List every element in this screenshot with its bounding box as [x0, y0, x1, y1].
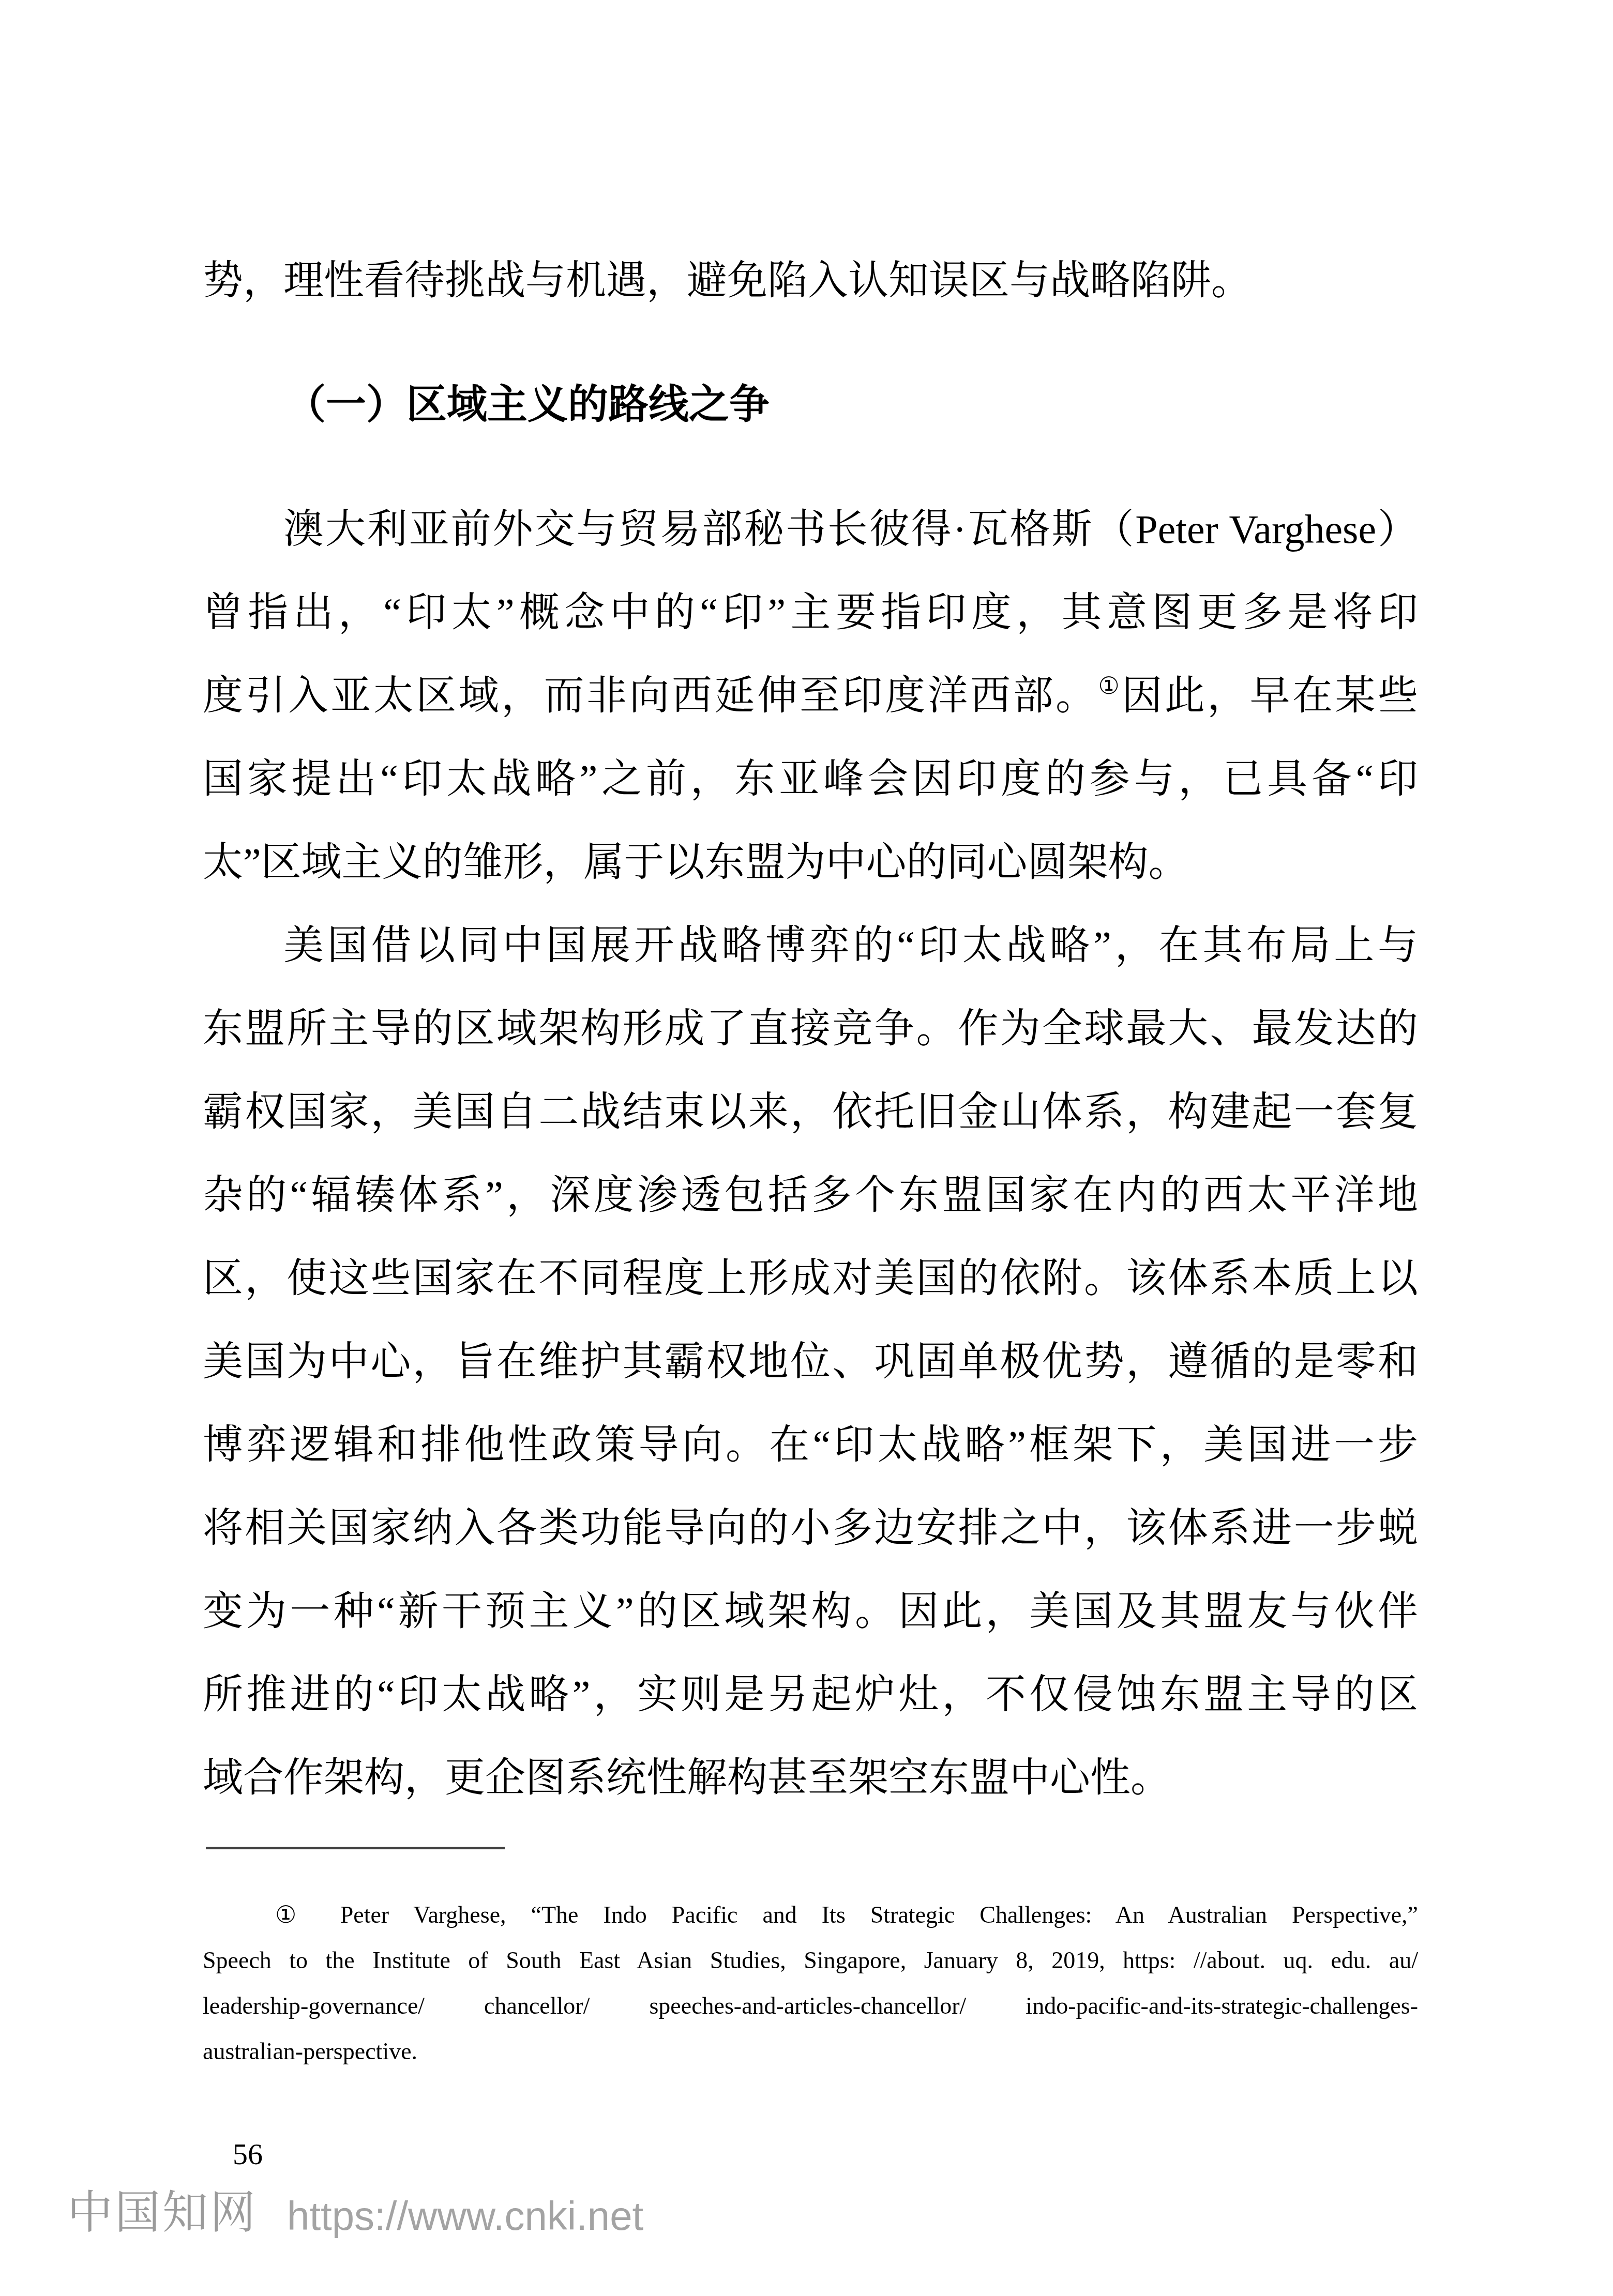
body-line: 域合作架构，更企图系统性解构甚至架空东盟中心性。 — [203, 1736, 1418, 1819]
footnote-line: ① Peter Varghese, “The Indo Pacific and … — [203, 1892, 1418, 1938]
footnote-separator — [206, 1847, 505, 1849]
footnote-ref-marker: ① — [1098, 673, 1122, 699]
page-number: 56 — [233, 2136, 263, 2172]
body-line: 将相关国家纳入各类功能导向的小多边安排之中，该体系进一步蜕 — [203, 1486, 1418, 1570]
body-line: 所推进的“印太战略”，实则是另起炉灶，不仅侵蚀东盟主导的区 — [203, 1653, 1418, 1736]
footnote-line: australian-perspective. — [203, 2029, 1418, 2074]
body-line: 霸权国家，美国自二战结束以来，依托旧金山体系，构建起一套复 — [203, 1070, 1418, 1153]
body-line: 太”区域主义的雏形，属于以东盟为中心的同心圆架构。 — [203, 820, 1418, 904]
body-line: 曾指出，“印太”概念中的“印”主要指印度，其意图更多是将印 — [203, 571, 1418, 654]
body-text: 势，理性看待挑战与机遇，避免陷入认知误区与战略陷阱。（一）区域主义的路线之争澳大… — [203, 239, 1418, 1819]
body-line: 度引入亚太区域，而非向西延伸至印度洋西部。①因此，早在某些 — [203, 654, 1418, 737]
section-heading: （一）区域主义的路线之争 — [203, 363, 1418, 446]
footnote-line: Speech to the Institute of South East As… — [203, 1938, 1418, 1983]
body-line: 变为一种“新干预主义”的区域架构。因此，美国及其盟友与伙伴 — [203, 1570, 1418, 1653]
body-line: 区，使这些国家在不同程度上形成对美国的依附。该体系本质上以 — [203, 1237, 1418, 1320]
body-line: 澳大利亚前外交与贸易部秘书长彼得·瓦格斯（Peter Varghese） — [203, 488, 1418, 571]
body-line: 博弈逻辑和排他性政策导向。在“印太战略”框架下，美国进一步 — [203, 1403, 1418, 1486]
body-line: 东盟所主导的区域架构形成了直接竞争。作为全球最大、最发达的 — [203, 987, 1418, 1070]
body-line: 美国借以同中国展开战略博弈的“印太战略”，在其布局上与 — [203, 904, 1418, 987]
document-page: 势，理性看待挑战与机遇，避免陷入认知误区与战略陷阱。（一）区域主义的路线之争澳大… — [0, 0, 1613, 2296]
body-line: 国家提出“印太战略”之前，东亚峰会因印度的参与，已具备“印 — [203, 737, 1418, 820]
body-line: 杂的“辐辏体系”，深度渗透包括多个东盟国家在内的西太平洋地 — [203, 1153, 1418, 1237]
footnote: ① Peter Varghese, “The Indo Pacific and … — [203, 1892, 1418, 2074]
cnki-brand-text: 中国知网 — [67, 2186, 258, 2239]
footnote-line: leadership-governance/ chancellor/ speec… — [203, 1983, 1418, 2029]
cnki-url-text: https://www.cnki.net — [287, 2192, 643, 2240]
body-line: 美国为中心，旨在维护其霸权地位、巩固单极优势，遵循的是零和 — [203, 1320, 1418, 1403]
body-line: 势，理性看待挑战与机遇，避免陷入认知误区与战略陷阱。 — [203, 239, 1418, 322]
